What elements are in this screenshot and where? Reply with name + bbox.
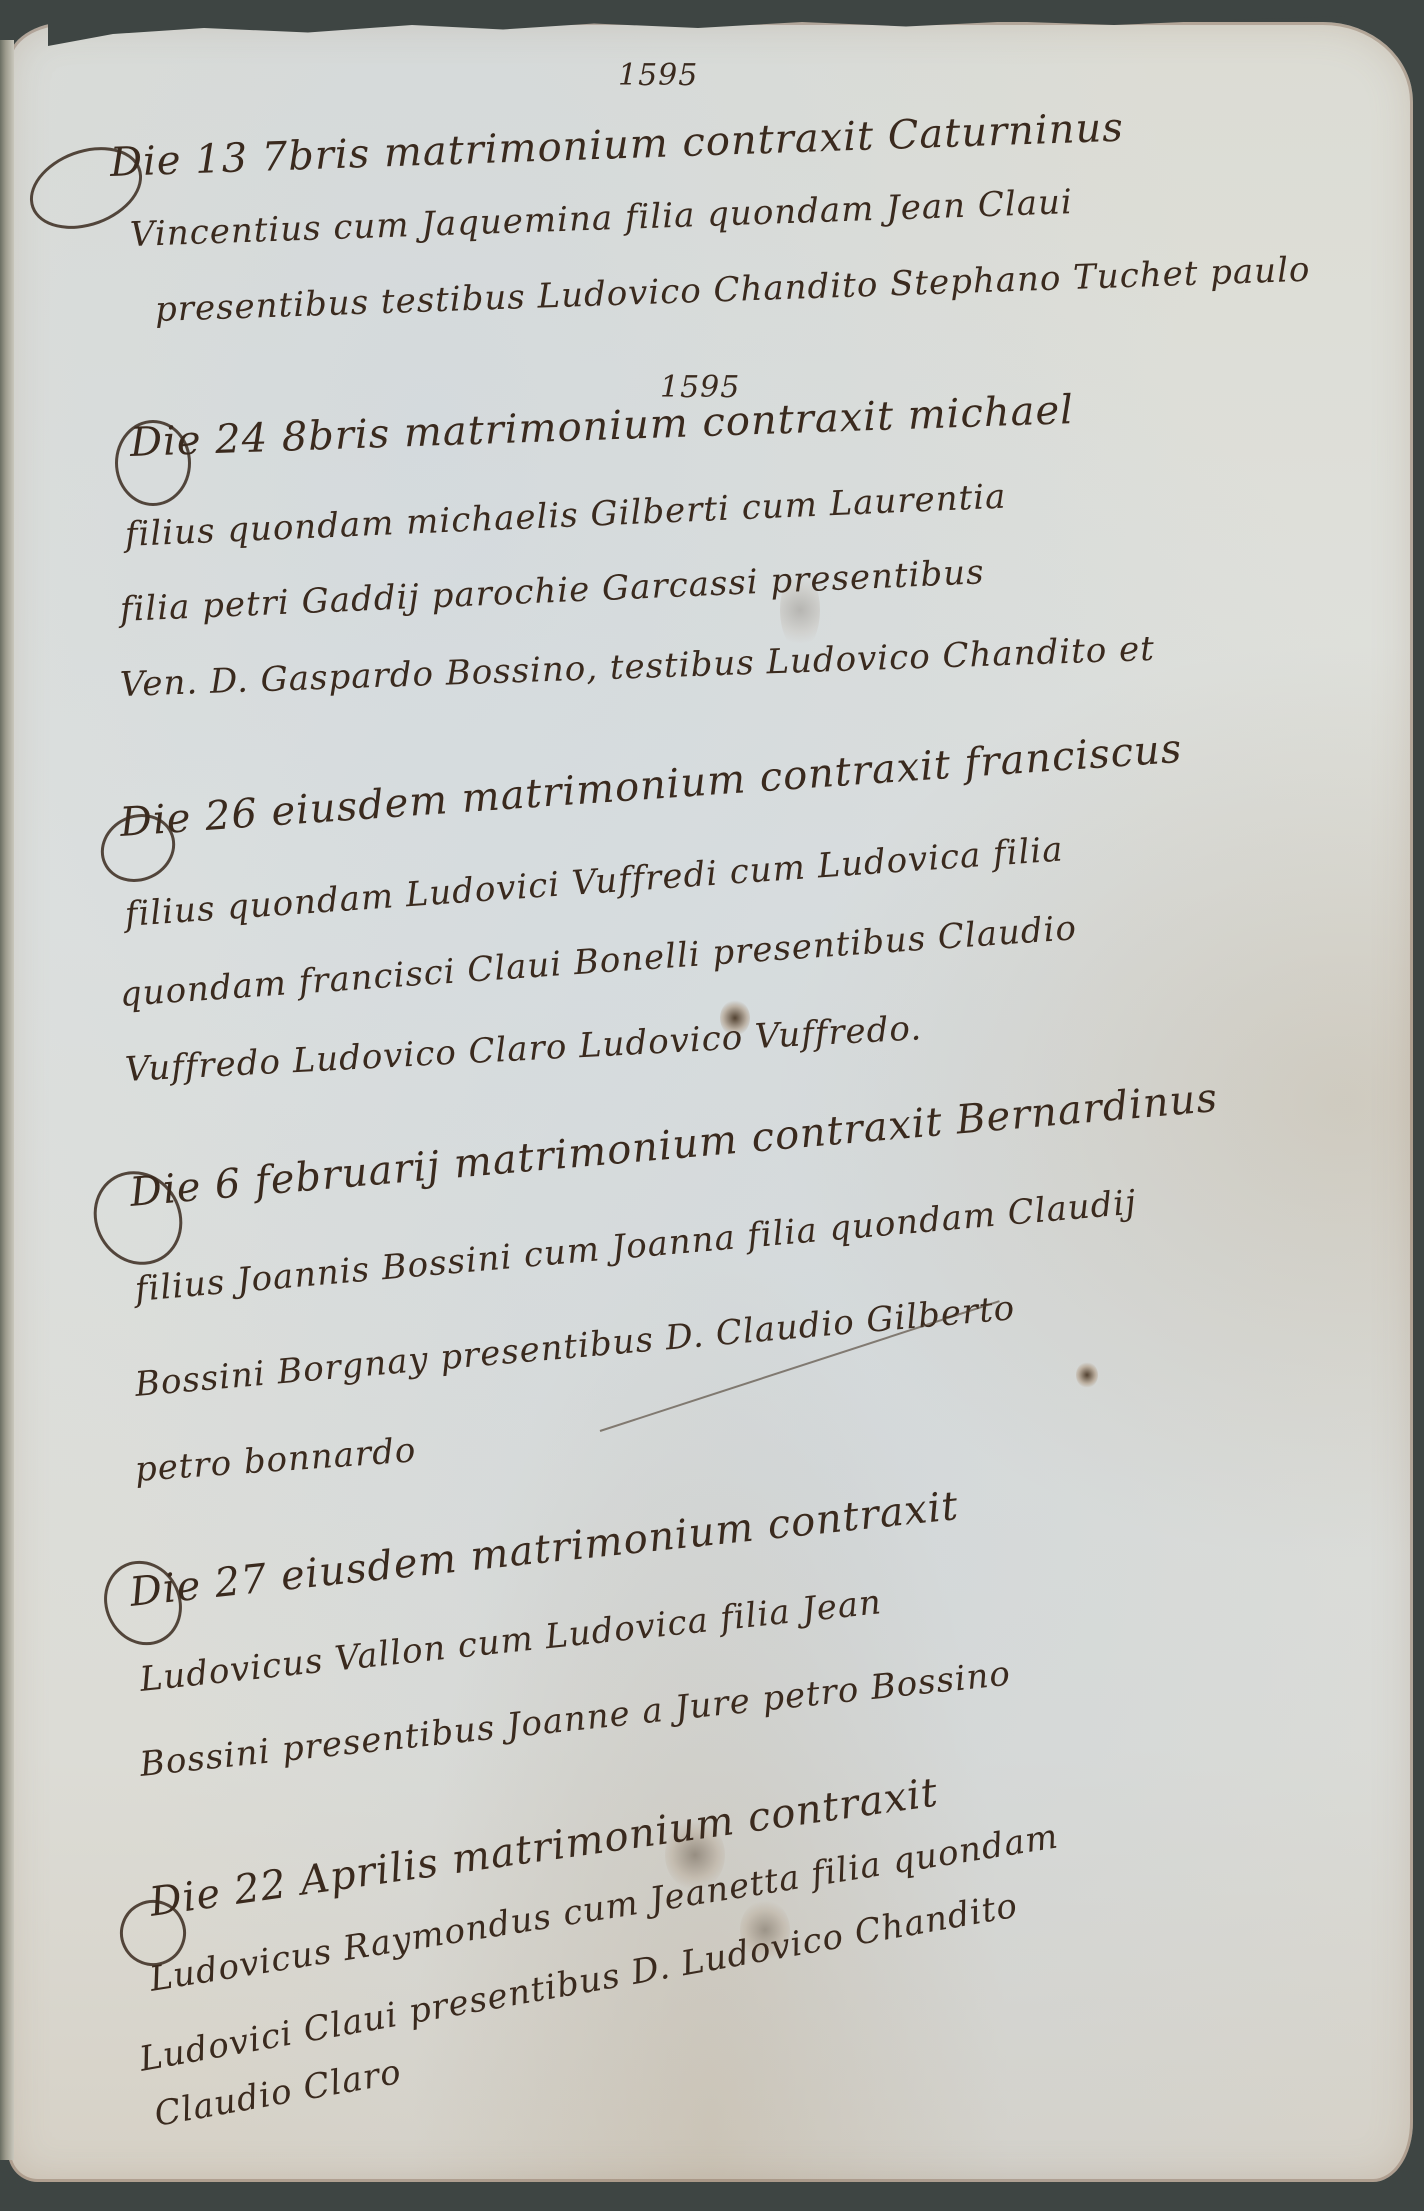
torn-top-edge (48, 16, 1348, 46)
binding-strip (0, 40, 14, 2160)
ink-stain (1076, 1362, 1098, 1388)
year-header: 1595 (618, 58, 698, 93)
